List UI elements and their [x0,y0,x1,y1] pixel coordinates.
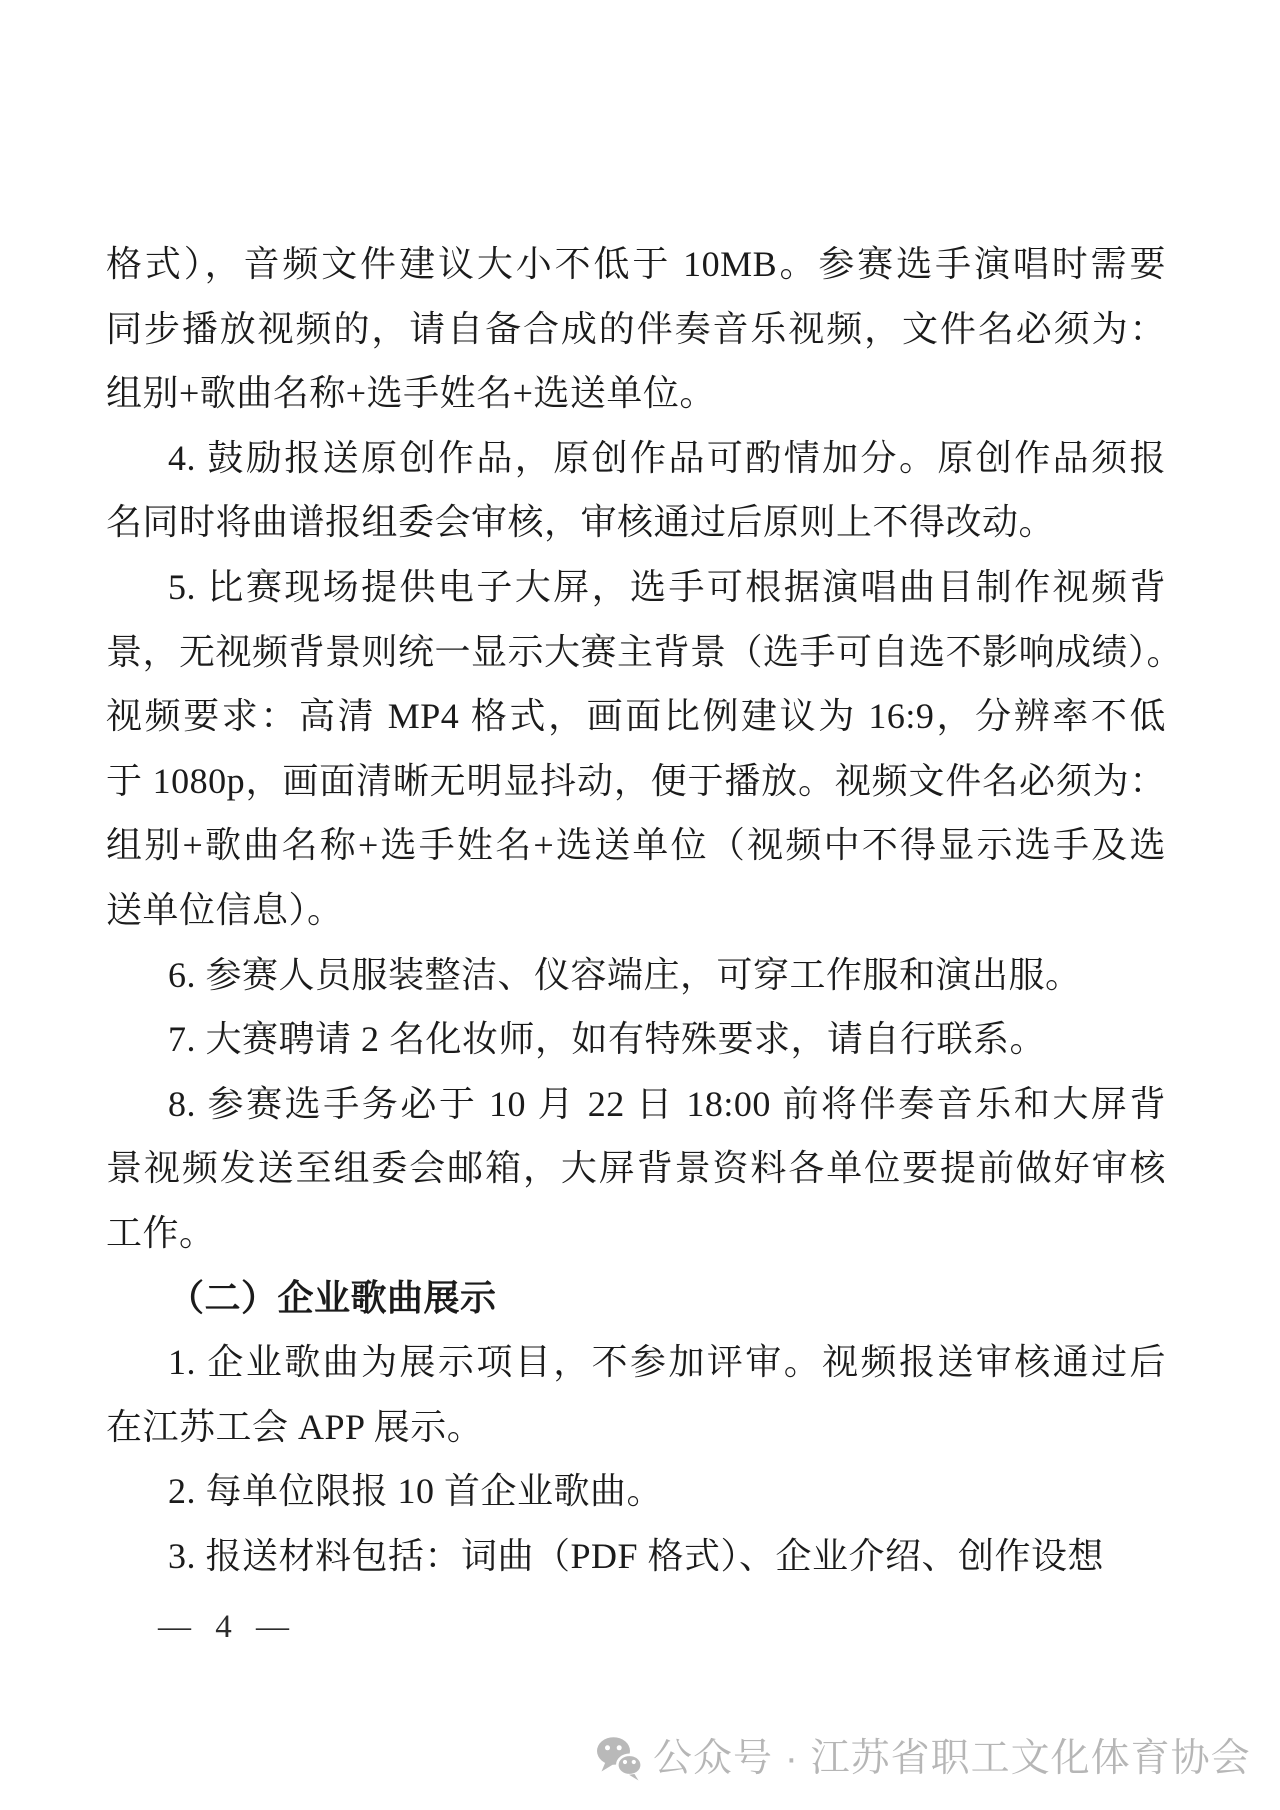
text-line: 工作。 [106,1201,1166,1266]
text-line: 于 1080p，画面清晰无明显抖动，便于播放。视频文件名必须为： [106,749,1166,814]
text-line: 送单位信息）。 [106,878,1166,943]
text-line: 组别+歌曲名称+选手姓名+选送单位。 [106,361,1166,426]
watermark-text: 公众号 · 江苏省职工文化体育协会 [653,1733,1251,1785]
section-heading: （二）企业歌曲展示 [106,1266,1166,1331]
text-line: 8. 参赛选手务必于 10 月 22 日 18:00 前将伴奏音乐和大屏背 [106,1072,1166,1137]
text-line: 名同时将曲谱报组委会审核，审核通过后原则上不得改动。 [106,490,1166,555]
wechat-icon [596,1736,643,1782]
text-line: 5. 比赛现场提供电子大屏，选手可根据演唱曲目制作视频背 [106,555,1166,620]
text-line: 1. 企业歌曲为展示项目，不参加评审。视频报送审核通过后 [106,1330,1166,1395]
text-line: 2. 每单位限报 10 首企业歌曲。 [106,1459,1166,1524]
document-body: 格式），音频文件建议大小不低于 10MB。参赛选手演唱时需要同步播放视频的，请自… [106,232,1166,1588]
text-line: 视频要求：高清 MP4 格式，画面比例建议为 16:9，分辨率不低 [106,684,1166,749]
text-line: 6. 参赛人员服装整洁、仪容端庄，可穿工作服和演出服。 [106,943,1166,1008]
text-line: 7. 大赛聘请 2 名化妆师，如有特殊要求，请自行联系。 [106,1007,1166,1072]
document-page: 格式），音频文件建议大小不低于 10MB。参赛选手演唱时需要同步播放视频的，请自… [0,0,1280,1810]
text-line: 4. 鼓励报送原创作品，原创作品可酌情加分。原创作品须报 [106,426,1166,491]
text-line: 在江苏工会 APP 展示。 [106,1395,1166,1460]
text-line: 组别+歌曲名称+选手姓名+选送单位（视频中不得显示选手及选 [106,813,1166,878]
text-line: 格式），音频文件建议大小不低于 10MB。参赛选手演唱时需要 [106,232,1166,297]
page-number: — 4 — [158,1606,289,1648]
text-line: 景，无视频背景则统一显示大赛主背景（选手可自选不影响成绩）。 [106,620,1166,685]
watermark: 公众号 · 江苏省职工文化体育协会 [596,1733,1251,1785]
text-line: 同步播放视频的，请自备合成的伴奏音乐视频，文件名必须为： [106,297,1166,362]
text-line: 景视频发送至组委会邮箱，大屏背景资料各单位要提前做好审核 [106,1136,1166,1201]
text-line: 3. 报送材料包括：词曲（PDF 格式）、企业介绍、创作设想 [106,1524,1166,1589]
